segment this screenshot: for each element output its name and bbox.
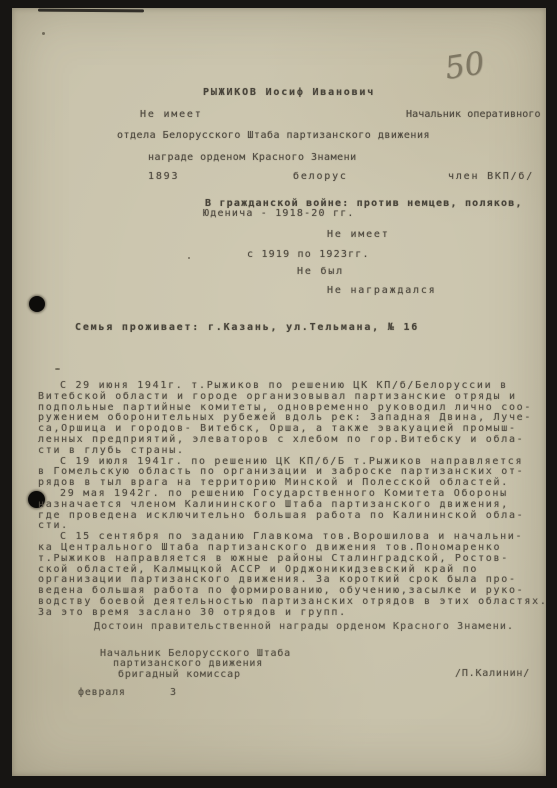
body-line: сти в глубь страны. (38, 446, 543, 457)
field-wounds: Не имеет (327, 229, 390, 240)
handwritten-page-number: 50 (442, 45, 487, 87)
merit-description: С 29 июня 1941г. т.Рыжиков по решению ЦК… (38, 381, 543, 632)
field-position-line1: Начальник оперативного (406, 109, 541, 120)
signature-title-line2: партизанского движения (113, 658, 263, 669)
body-line: назначается членом Калининского Штаба па… (38, 500, 543, 511)
body-line: где проведена исключительно большая рабо… (38, 511, 543, 522)
paper-speck (188, 257, 190, 259)
field-award: награде орденом Красного Знамени (148, 152, 357, 163)
body-line: т.Рыжиков направляется в южные районы Ст… (38, 554, 543, 565)
date-month: февраля (78, 687, 126, 698)
field-position-line2: отдела Белорусского Штаба партизанского … (117, 130, 430, 141)
paper-speck (42, 32, 45, 35)
hole-punch-top (29, 296, 45, 312)
field-birth-year: 1893 (148, 171, 179, 182)
field-military-rank: Не имеет (140, 109, 203, 120)
conclusion-line: Достоин правительственной награды ордено… (38, 622, 543, 633)
scanned-document-page: { "page": { "handwritten_page_number": "… (0, 0, 557, 788)
field-red-army-service: с 1919 по 1923гг. (247, 249, 370, 260)
field-civil-war-line2: Юденича - 1918-20 гг. (203, 208, 355, 219)
signature-title-line3: бригадный комиссар (118, 669, 241, 680)
date-day: 3 (170, 687, 177, 698)
recipient-name: РЫЖИКОВ Иосиф Иванович (203, 87, 375, 98)
field-captivity: Не был (297, 266, 344, 277)
paper-speck (55, 368, 60, 370)
field-nationality: белорус (293, 171, 348, 182)
body-line: За это время заслано 30 отрядов и групп. (38, 608, 543, 619)
field-party-membership: член ВКП/б/ (448, 171, 534, 182)
field-family-address: Семья проживает: г.Казань, ул.Тельмана, … (75, 322, 419, 333)
body-line: Витебской области и городе организовывал… (38, 392, 543, 403)
field-previous-awards: Не награждался (327, 285, 437, 296)
signature-name: /П.Калинин/ (455, 668, 530, 679)
